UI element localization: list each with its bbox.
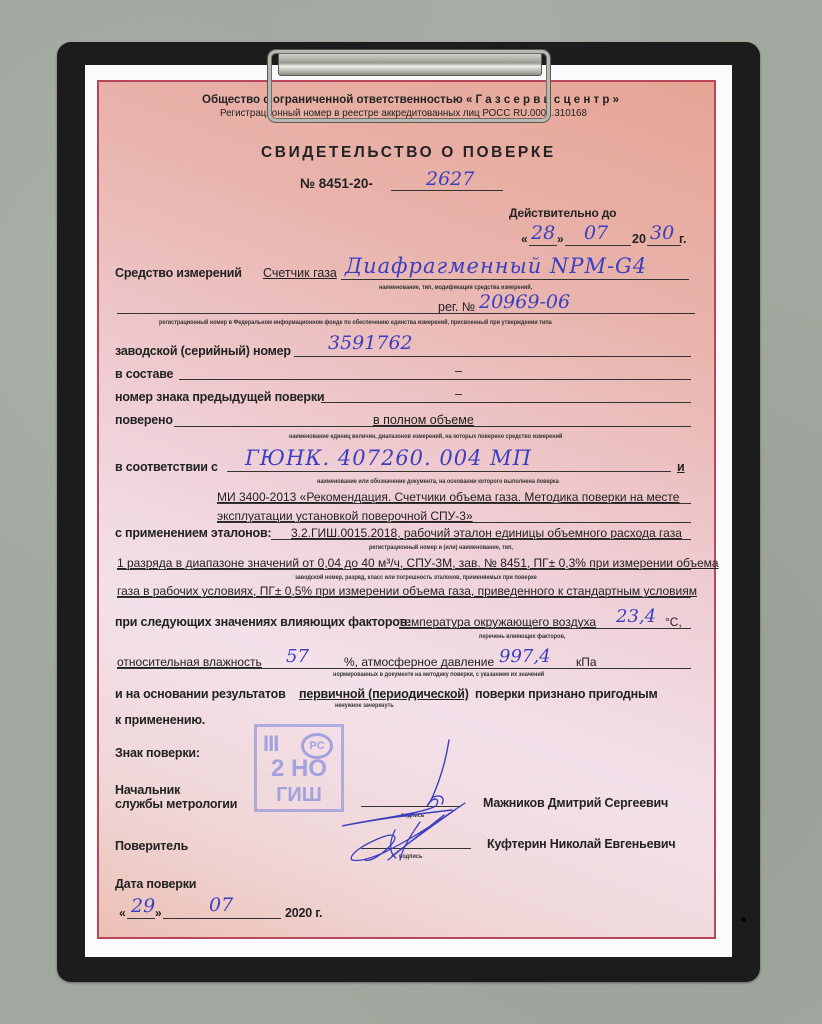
clipboard-clip[interactable] [268,50,550,122]
head-signature-icon [342,740,452,826]
signatures [0,0,822,1024]
verifier-signature-icon [351,803,465,861]
